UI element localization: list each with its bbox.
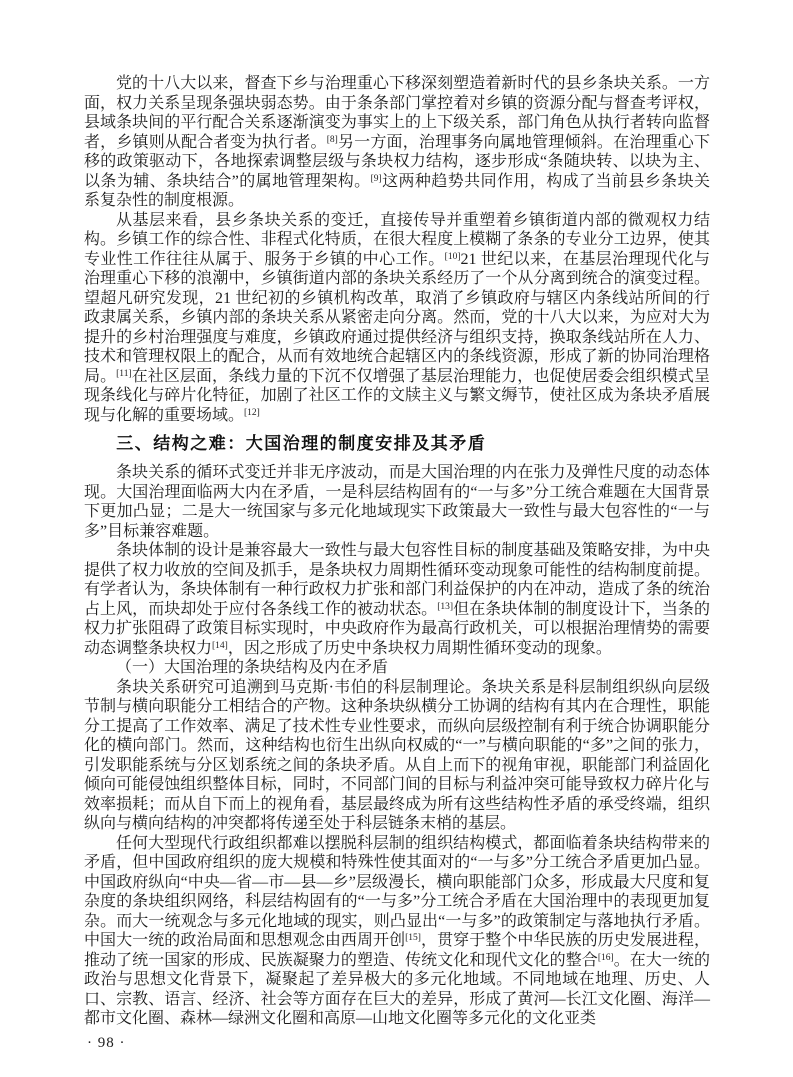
footnote-ref: [15] xyxy=(405,933,421,943)
paragraph-china-scale: 任何大型现代行政组织都难以摆脱科层制的组织结构模式，都面临着条块结构带来的矛盾，… xyxy=(84,834,710,1029)
footnote-ref: [16] xyxy=(598,953,614,963)
footnote-ref: [11] xyxy=(116,369,131,379)
page-number: · 98 · xyxy=(84,1034,710,1054)
paragraph-weber-bureaucracy: 条块关系研究可追溯到马克斯·韦伯的科层制理论。条块关系是科层制组织纵向层级节制与… xyxy=(84,678,710,834)
section-heading: 三、结构之难：大国治理的制度安排及其矛盾 xyxy=(84,434,710,454)
footnote-ref: [12] xyxy=(244,408,260,418)
footnote-ref: [14] xyxy=(212,641,228,651)
paragraph-cycle-intro: 条块关系的循环式变迁并非无序波动，而是大国治理的内在张力及弹性尺度的动态体现。大… xyxy=(84,463,710,541)
footnote-ref: [8] xyxy=(327,135,338,145)
subsection-heading: （一）大国治理的条块结构及内在矛盾 xyxy=(84,658,710,678)
paragraph-intro-county: 党的十八大以来，督查下乡与治理重心下移深刻塑造着新时代的县乡条块关系。一方面，权… xyxy=(84,74,710,211)
page-body: 党的十八大以来，督查下乡与治理重心下移深刻塑造着新时代的县乡条块关系。一方面，权… xyxy=(84,74,710,1053)
paper-page: 党的十八大以来，督查下乡与治理重心下移深刻塑造着新时代的县乡条块关系。一方面，权… xyxy=(0,0,793,1077)
footnote-ref: [9] xyxy=(371,174,382,184)
footnote-ref: [13] xyxy=(437,602,453,612)
footnote-ref: [10] xyxy=(445,252,461,262)
paragraph-tiaokuai-design: 条块体制的设计是兼容最大一致性与最大包容性目标的制度基础及策略安排，为中央提供了… xyxy=(84,541,710,658)
paragraph-grassroots: 从基层来看，县乡条块关系的变迁，直接传导并重塑着乡镇街道内部的微观权力结构。乡镇… xyxy=(84,211,710,426)
